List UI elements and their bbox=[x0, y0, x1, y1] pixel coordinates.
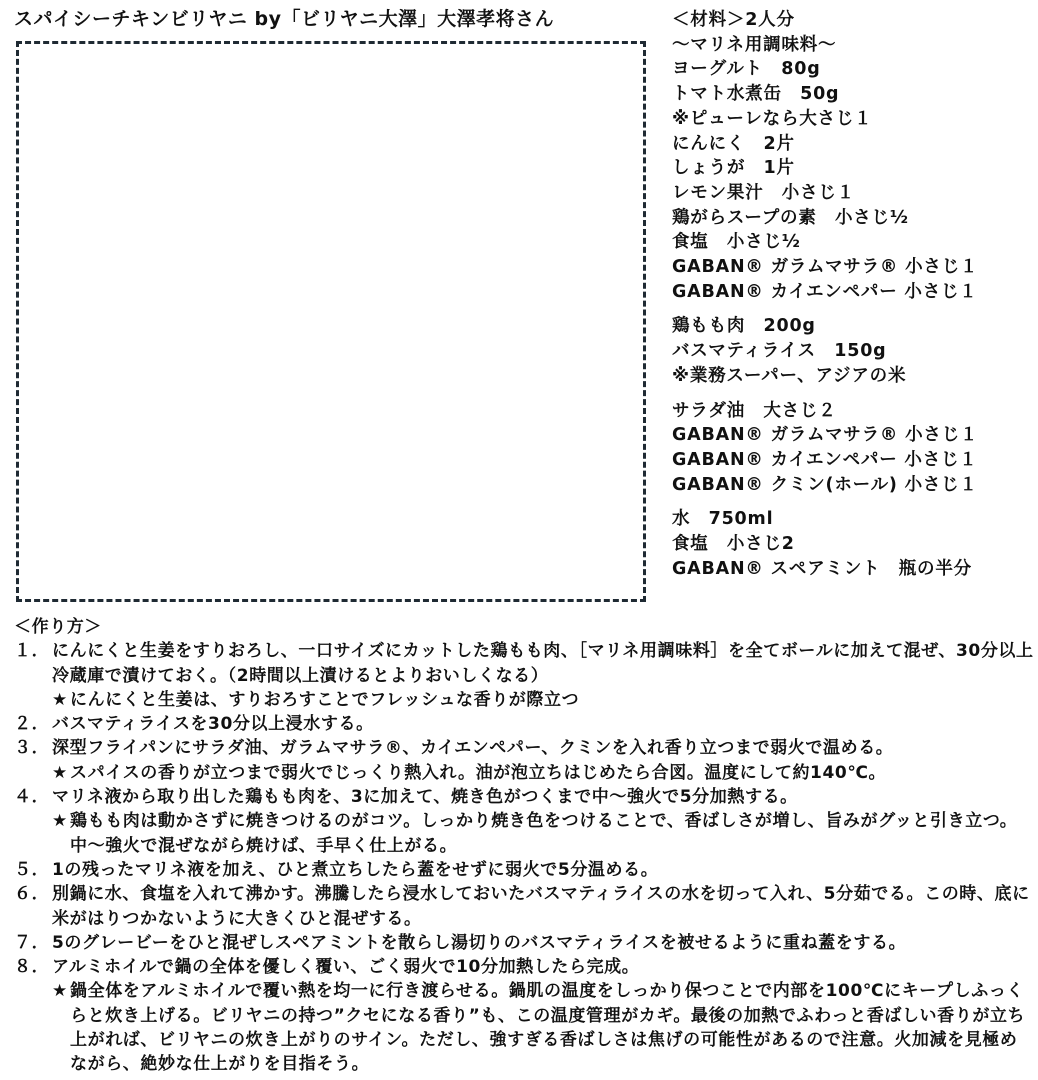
method-heading: ＜作り方＞ bbox=[14, 615, 1034, 639]
step-number: １． bbox=[14, 639, 52, 663]
step-text: 1の残ったマリネ液を加え、ひと煮立ちしたら蓋をせずに弱火で5分温める。 bbox=[52, 858, 1034, 882]
step-2: ２． バスマティライスを30分以上浸水する。 bbox=[14, 712, 1034, 736]
step-text: 別鍋に水、食塩を入れて沸かす。沸騰したら浸水しておいたバスマティライスの水を切っ… bbox=[52, 882, 1034, 931]
step-tip: ★ にんにくと生姜は、すりおろすことでフレッシュな香りが際立つ bbox=[52, 688, 1034, 712]
ingredient-group-marinade: ＜材料＞2人分 ～マリネ用調味料～ ヨーグルト 80g トマト水煮缶 50g ※… bbox=[672, 8, 1032, 304]
recipe-title: スパイシーチキンビリヤニ by「ビリヤニ大澤」大澤孝将さん bbox=[14, 6, 554, 32]
ingredient-line: GABAN® カイエンペパー 小さじ１ bbox=[672, 448, 1032, 473]
step-4: ４． マリネ液から取り出した鶏もも肉を、3に加えて、焼き色がつくまで中～強火で5… bbox=[14, 785, 1034, 858]
step-text: 5のグレービーをひと混ぜしスペアミントを散らし湯切りのバスマティライスを被せるよ… bbox=[52, 931, 1034, 955]
step-text: バスマティライスを30分以上浸水する。 bbox=[52, 712, 1034, 736]
step-tip: ★ スパイスの香りが立つまで弱火でじっくり熱入れ。油が泡立ちはじめたら合図。温度… bbox=[52, 761, 1034, 785]
step-tip-text: にんにくと生姜は、すりおろすことでフレッシュな香りが際立つ bbox=[70, 690, 579, 710]
photo-placeholder-frame bbox=[16, 41, 646, 602]
ingredient-line: しょうが 1片 bbox=[672, 156, 1032, 181]
marinade-subheading: ～マリネ用調味料～ bbox=[672, 33, 1032, 58]
step-number: ８． bbox=[14, 955, 52, 979]
ingredients-panel: ＜材料＞2人分 ～マリネ用調味料～ ヨーグルト 80g トマト水煮缶 50g ※… bbox=[672, 8, 1032, 581]
ingredient-line: GABAN® ガラムマサラ® 小さじ１ bbox=[672, 255, 1032, 280]
step-number: ３． bbox=[14, 736, 52, 760]
ingredient-line: GABAN® スペアミント 瓶の半分 bbox=[672, 557, 1032, 582]
step-text: にんにくと生姜をすりおろし、一口サイズにカットした鶏もも肉、［マリネ用調味料］を… bbox=[52, 639, 1034, 688]
step-7: ７． 5のグレービーをひと混ぜしスペアミントを散らし湯切りのバスマティライスを被… bbox=[14, 931, 1034, 955]
step-number: ５． bbox=[14, 858, 52, 882]
method-section: ＜作り方＞ １． にんにくと生姜をすりおろし、一口サイズにカットした鶏もも肉、［… bbox=[14, 615, 1034, 1077]
ingredient-group-boiling: 水 750ml 食塩 小さじ2 GABAN® スペアミント 瓶の半分 bbox=[672, 507, 1032, 581]
step-tip-text: 鶏もも肉は動かさずに焼きつけるのがコツ。しっかり焼き色をつけることで、香ばしさが… bbox=[70, 811, 1017, 855]
ingredient-group-spice-oil: サラダ油 大さじ２ GABAN® ガラムマサラ® 小さじ１ GABAN® カイエ… bbox=[672, 399, 1032, 498]
ingredient-line: にんにく 2片 bbox=[672, 132, 1032, 157]
step-5: ５． 1の残ったマリネ液を加え、ひと煮立ちしたら蓋をせずに弱火で5分温める。 bbox=[14, 858, 1034, 882]
ingredient-line: 鶏がらスープの素 小さじ½ bbox=[672, 206, 1032, 231]
ingredient-line: GABAN® クミン(ホール) 小さじ１ bbox=[672, 473, 1032, 498]
step-text: マリネ液から取り出した鶏もも肉を、3に加えて、焼き色がつくまで中～強火で5分加熱… bbox=[52, 785, 1034, 809]
star-icon: ★ bbox=[52, 809, 68, 833]
ingredient-note: ※ピューレなら大さじ１ bbox=[672, 107, 1032, 132]
star-icon: ★ bbox=[52, 979, 68, 1003]
step-6: ６． 別鍋に水、食塩を入れて沸かす。沸騰したら浸水しておいたバスマティライスの水… bbox=[14, 882, 1034, 931]
ingredient-note: ※業務スーパー、アジアの米 bbox=[672, 364, 1032, 389]
step-text: アルミホイルで鍋の全体を優しく覆い、ごく弱火で10分加熱したら完成。 bbox=[52, 955, 1034, 979]
step-tip-text: 鍋全体をアルミホイルで覆い熱を均一に行き渡らせる。鍋肌の温度をしっかり保つことで… bbox=[70, 981, 1025, 1074]
step-tip-text: スパイスの香りが立つまで弱火でじっくり熱入れ。油が泡立ちはじめたら合図。温度にし… bbox=[70, 763, 886, 783]
ingredient-line: ヨーグルト 80g bbox=[672, 57, 1032, 82]
ingredient-line: レモン果汁 小さじ１ bbox=[672, 181, 1032, 206]
step-tip: ★ 鶏もも肉は動かさずに焼きつけるのがコツ。しっかり焼き色をつけることで、香ばし… bbox=[52, 809, 1034, 858]
ingredients-heading: ＜材料＞2人分 bbox=[672, 8, 1032, 33]
ingredient-line: 食塩 小さじ½ bbox=[672, 230, 1032, 255]
ingredient-line: GABAN® カイエンペパー 小さじ１ bbox=[672, 280, 1032, 305]
ingredient-group-main: 鶏もも肉 200g バスマティライス 150g ※業務スーパー、アジアの米 bbox=[672, 314, 1032, 388]
step-number: ４． bbox=[14, 785, 52, 809]
step-text: 深型フライパンにサラダ油、ガラムマサラ®、カイエンペパー、クミンを入れ香り立つま… bbox=[52, 736, 1034, 760]
step-tip: ★ 鍋全体をアルミホイルで覆い熱を均一に行き渡らせる。鍋肌の温度をしっかり保つこ… bbox=[52, 979, 1034, 1076]
step-1: １． にんにくと生姜をすりおろし、一口サイズにカットした鶏もも肉、［マリネ用調味… bbox=[14, 639, 1034, 712]
star-icon: ★ bbox=[52, 688, 68, 712]
ingredient-line: 水 750ml bbox=[672, 507, 1032, 532]
step-8: ８． アルミホイルで鍋の全体を優しく覆い、ごく弱火で10分加熱したら完成。 ★ … bbox=[14, 955, 1034, 1076]
step-number: ６． bbox=[14, 882, 52, 906]
ingredient-line: 食塩 小さじ2 bbox=[672, 532, 1032, 557]
ingredient-line: 鶏もも肉 200g bbox=[672, 314, 1032, 339]
step-number: ２． bbox=[14, 712, 52, 736]
ingredient-line: GABAN® ガラムマサラ® 小さじ１ bbox=[672, 423, 1032, 448]
step-number: ７． bbox=[14, 931, 52, 955]
ingredient-line: トマト水煮缶 50g bbox=[672, 82, 1032, 107]
star-icon: ★ bbox=[52, 761, 68, 785]
ingredient-line: バスマティライス 150g bbox=[672, 339, 1032, 364]
ingredient-line: サラダ油 大さじ２ bbox=[672, 399, 1032, 424]
step-3: ３． 深型フライパンにサラダ油、ガラムマサラ®、カイエンペパー、クミンを入れ香り… bbox=[14, 736, 1034, 785]
